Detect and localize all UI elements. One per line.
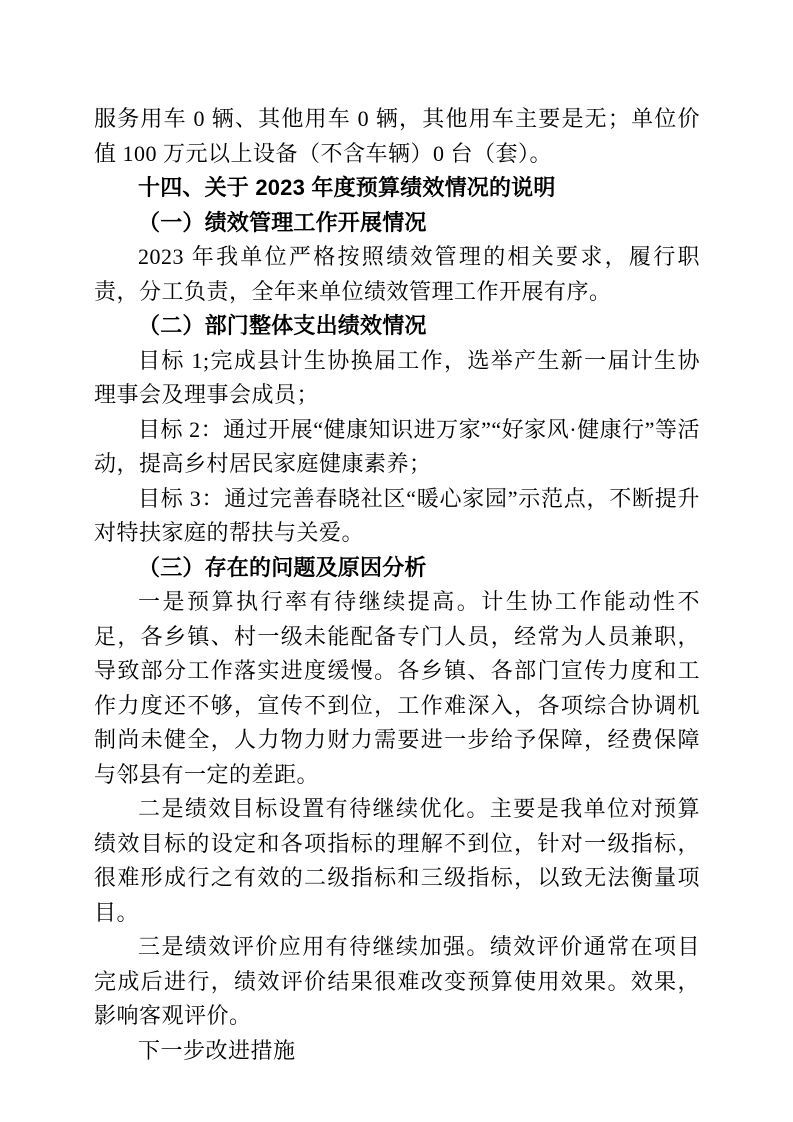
section-heading-14-budget-performance: 十四、关于 2023 年度预算绩效情况的说明 bbox=[94, 171, 700, 206]
paragraph-problem-2-goal-setting: 二是绩效目标设置有待继续优化。主要是我单位对预算绩效目标的设定和各项指标的理解不… bbox=[94, 792, 700, 930]
paragraph-next-step-improvements: 下一步改进措施 bbox=[94, 1034, 700, 1069]
paragraph-problem-3-evaluation-application: 三是绩效评价应用有待继续加强。绩效评价通常在项目完成后进行，绩效评价结果很难改变… bbox=[94, 930, 700, 1034]
subsection-heading-1-performance-management: （一）绩效管理工作开展情况 bbox=[94, 206, 700, 241]
document-page: 服务用车 0 辆、其他用车 0 辆，其他用车主要是无；单位价值 100 万元以上… bbox=[0, 0, 793, 1122]
subsection-heading-3-problems-and-causes: （三）存在的问题及原因分析 bbox=[94, 551, 700, 586]
paragraph-vehicles-equipment-continuation: 服务用车 0 辆、其他用车 0 辆，其他用车主要是无；单位价值 100 万元以上… bbox=[94, 102, 700, 171]
subsection-heading-2-overall-expenditure-performance: （二）部门整体支出绩效情况 bbox=[94, 309, 700, 344]
paragraph-goal-1: 目标 1;完成县计生协换届工作，选举产生新一届计生协理事会及理事会成员； bbox=[94, 344, 700, 413]
paragraph-problem-1-budget-execution: 一是预算执行率有待继续提高。计生协工作能动性不足，各乡镇、村一级未能配备专门人员… bbox=[94, 585, 700, 792]
document-text-block: 服务用车 0 辆、其他用车 0 辆，其他用车主要是无；单位价值 100 万元以上… bbox=[94, 102, 700, 1068]
paragraph-goal-3: 目标 3：通过完善春晓社区“暖心家园”示范点，不断提升对特扶家庭的帮扶与关爱。 bbox=[94, 482, 700, 551]
paragraph-performance-management-summary: 2023 年我单位严格按照绩效管理的相关要求，履行职责，分工负责，全年来单位绩效… bbox=[94, 240, 700, 309]
paragraph-goal-2: 目标 2：通过开展“健康知识进万家”“好家风·健康行”等活动，提高乡村居民家庭健… bbox=[94, 413, 700, 482]
